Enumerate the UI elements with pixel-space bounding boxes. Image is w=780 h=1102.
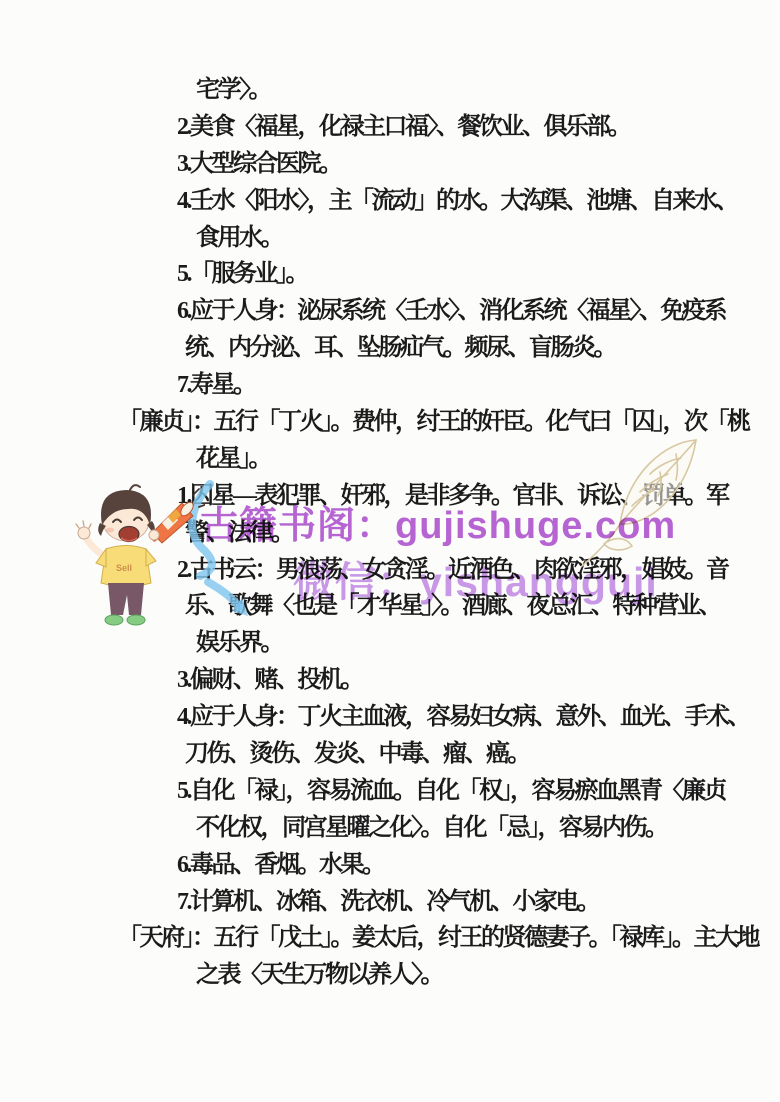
text-line: 6.应于人身：泌尿系统〈壬水〉、消化系统〈福星〉、免疫系 [0,293,780,330]
text-line: 7.寿星。 [0,367,780,404]
text-line: 3.偏财、赌、投机。 [0,662,780,699]
text-line: 之表〈天生万物以养人〉。 [0,957,780,994]
text-line: 刀伤、烫伤、发炎、中毒、瘤、癌。 [0,736,780,773]
text-line: 乐、歌舞〈也是「才华星」〉。酒廊、夜总汇、特种营业、 [0,588,780,625]
text-line: 2.美食〈福星，化禄主口福〉、餐饮业、俱乐部。 [0,109,780,146]
text-line: 4.应于人身：丁火主血液，容易妇女病、意外、血光、手术、 [0,699,780,736]
star-heading-lianzhen: 「廉贞」：五行「丁火」。费仲，纣王的奸臣。化气曰「囚」，次「桃 [0,404,780,441]
text-line: 3.大型综合医院。 [0,146,780,183]
text-line: 7.计算机、冰箱、洗衣机、冷气机、小家电。 [0,884,780,921]
text-line: 警、法律。 [0,515,780,552]
text-line: 5.自化「禄」，容易流血。自化「权」，容易瘀血黑青〈廉贞 [0,773,780,810]
text-block: 宅学〉。 2.美食〈福星，化禄主口福〉、餐饮业、俱乐部。 3.大型综合医院。 4… [0,72,780,994]
text-line: 娱乐界。 [0,625,780,662]
star-heading-tianfu: 「天府」：五行「戊土」。姜太后，纣王的贤德妻子。「禄库」。主大地 [0,920,780,957]
text-line: 5.「服务业」。 [0,256,780,293]
text-line: 食用水。 [0,220,780,257]
text-line: 4.壬水〈阳水〉，主「流动」的水。大沟渠、池塘、自来水、 [0,183,780,220]
text-line: 不化权，同宫星曜之化〉。自化「忌」，容易内伤。 [0,810,780,847]
text-line: 1.囚星—表犯罪、奸邪，是非多争。官非、诉讼、罚单。军 [0,478,780,515]
text-line: 花星」。 [0,441,780,478]
text-line: 统、内分泌、耳、坠肠疝气。频尿、盲肠炎。 [0,330,780,367]
text-line: 6.毒品、香烟。水果。 [0,847,780,884]
scanned-book-page: 宅学〉。 2.美食〈福星，化禄主口福〉、餐饮业、俱乐部。 3.大型综合医院。 4… [0,0,780,1102]
text-line: 2.古书云：男浪荡、女贪淫。近酒色、肉欲淫邪，娼妓。音 [0,552,780,589]
text-line: 宅学〉。 [0,72,780,109]
